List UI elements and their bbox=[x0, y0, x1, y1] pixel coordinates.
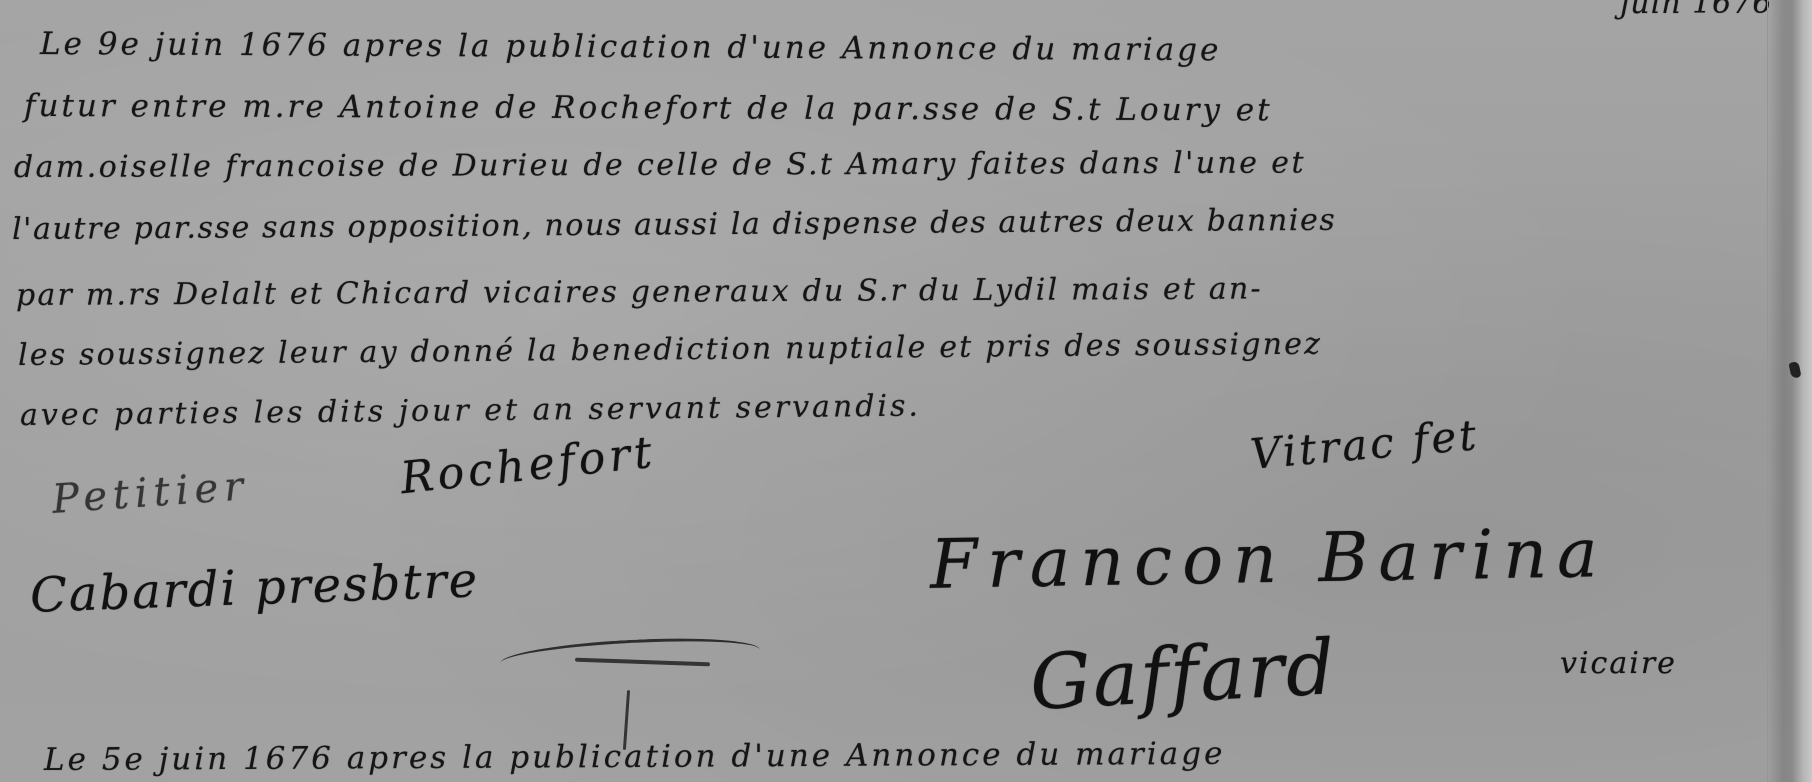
cabardi-underline-flourish bbox=[499, 633, 760, 680]
entry-2-first-line: Le 5e juin 1676 apres la publication d'u… bbox=[44, 736, 1226, 778]
signature-rochefort: Rochefort bbox=[398, 427, 658, 504]
page-binding-edge bbox=[1767, 0, 1812, 782]
entry-1-line-5: par m.rs Delalt et Chicard vicaires gene… bbox=[16, 271, 1263, 313]
register-page: juin 1676 Le 9e juin 1676 apres la publi… bbox=[0, 0, 1812, 782]
entry-1-line-4: l'autre par.sse sans opposition, nous au… bbox=[12, 203, 1337, 247]
entry-1-line-6: les soussignez leur ay donné la benedict… bbox=[18, 327, 1322, 373]
signature-vitrac: Vitrac fet bbox=[1248, 410, 1481, 479]
signature-gaffard: Gaffard bbox=[1028, 622, 1339, 727]
signature-francon-barina: Francon Barina bbox=[929, 514, 1608, 605]
signature-cabardi: Cabardi presbtre bbox=[29, 552, 480, 624]
entry-1-line-1: Le 9e juin 1676 apres la publication d'u… bbox=[40, 26, 1222, 68]
gaffard-title-vicaire: vicaire bbox=[1560, 646, 1677, 681]
signature-petitier: Petitier bbox=[51, 463, 251, 523]
entry-1-line-2: futur entre m.re Antoine de Rochefort de… bbox=[24, 88, 1273, 128]
entry-1-line-3: dam.oiselle francoise de Durieu de celle… bbox=[14, 145, 1306, 185]
header-date-fragment: juin 1676 bbox=[1620, 0, 1772, 21]
entry-1-line-7: avec parties les dits jour et an servant… bbox=[20, 389, 921, 433]
